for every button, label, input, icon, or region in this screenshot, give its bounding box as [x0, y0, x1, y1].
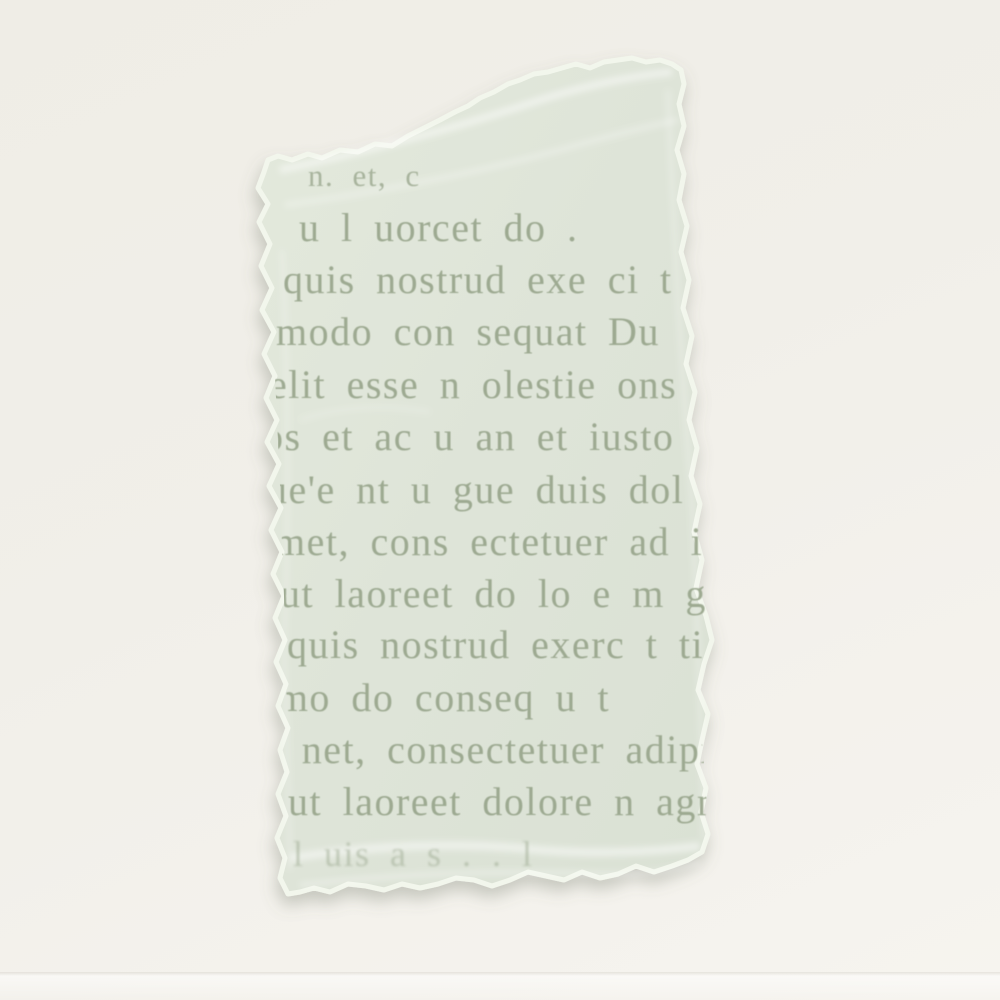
backdrop-seam: [0, 972, 1000, 1000]
paper-text-line: ut laoreet do lo e m gn: [280, 570, 728, 617]
paper-text-line: quis nostrud exe ci t: [283, 256, 673, 303]
paper-text-line: rmo do conseq u t: [262, 674, 610, 721]
paper-text-line: os et ac u an et iusto: [263, 413, 674, 460]
paper-text-line: a net, consectetuer adipi: [262, 726, 713, 773]
paper-text-line: elit esse n olestie ons: [269, 361, 677, 408]
paper-text-line: u l uorcet do .: [299, 204, 579, 251]
scene-background: n. et, c u l uorcet do . quis nostrud ex…: [0, 0, 1000, 1000]
paper-text-line: ut laoreet dolore n agn: [288, 778, 718, 825]
paper-text-line: ue'e nt u gue duis dol: [267, 466, 684, 513]
paper-text-line: modo con sequat Du: [276, 308, 660, 355]
paper-text-line: quis nostrud exerc t ti: [287, 621, 704, 668]
paper-text-line: l uis a s . . l: [293, 833, 534, 875]
paper-text-line: n. et, c: [308, 158, 421, 194]
paper-text-line: met, cons ectetuer ad i: [274, 518, 703, 565]
